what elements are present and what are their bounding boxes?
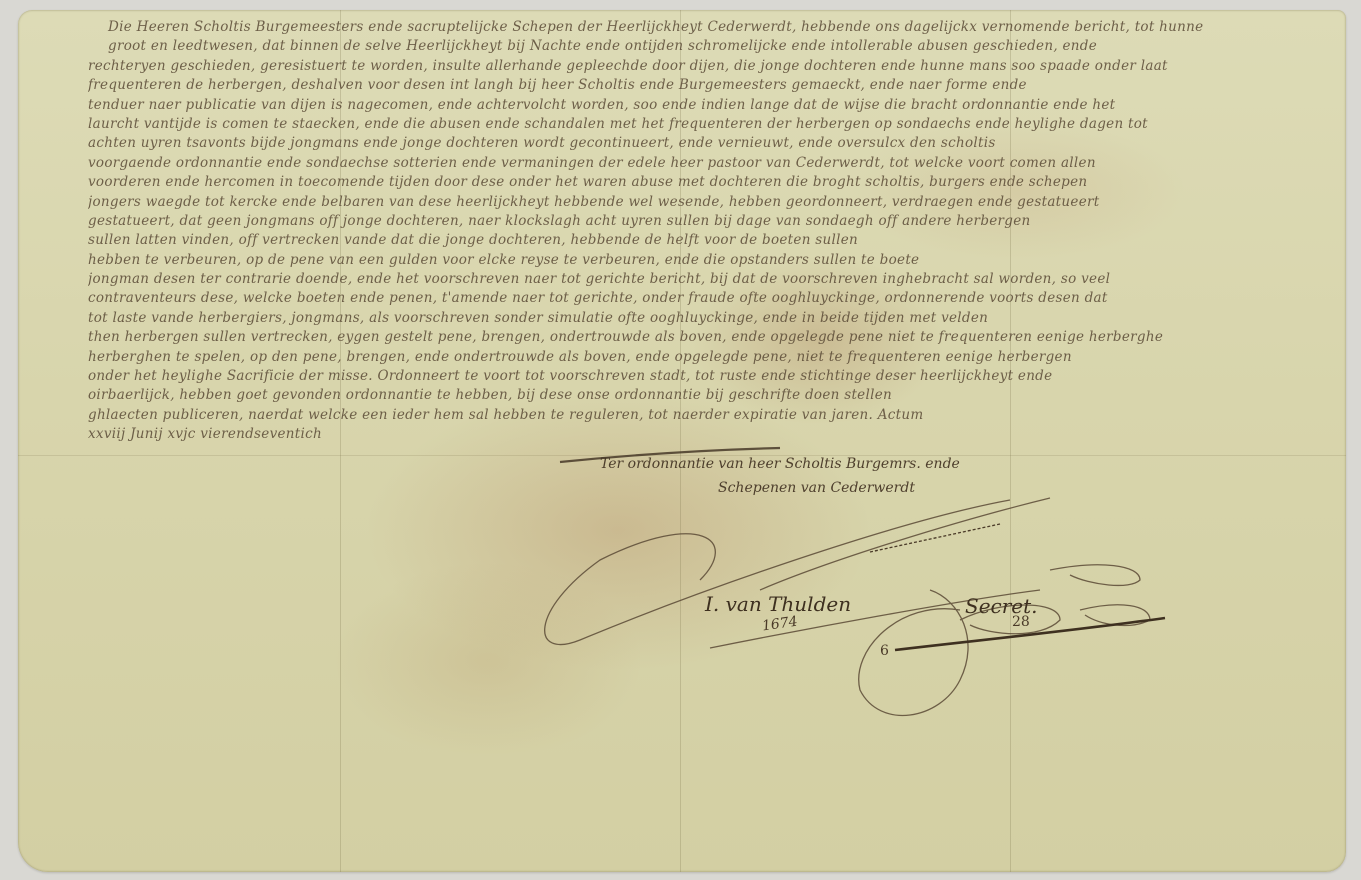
signature-day: 28 <box>1012 614 1030 630</box>
text-line: tenduer naer publicatie van dijen is nag… <box>88 96 1328 115</box>
date-line: xxviij Junij xvjc vierendseventich <box>88 425 508 444</box>
text-line: sullen latten vinden, off vertrecken van… <box>88 231 1328 250</box>
signature-name: I. van Thulden <box>705 592 851 616</box>
text-line: Die Heeren Scholtis Burgemeesters ende s… <box>88 18 1328 37</box>
text-line: jongers waegde tot kercke ende belbaren … <box>88 193 1328 212</box>
text-line: contraventeurs dese, welcke boeten ende … <box>88 289 1328 308</box>
signature-month: 6 <box>880 643 889 659</box>
text-line: ghlaecten publiceren, naerdat welcke een… <box>88 406 1328 425</box>
closing-line-2: Schepenen van Cederwerdt <box>718 480 915 496</box>
text-line: achten uyren tsavonts bijde jongmans end… <box>88 134 1328 153</box>
manuscript-body-text: Die Heeren Scholtis Burgemeesters ende s… <box>88 18 1328 445</box>
text-line: jongman desen ter contrarie doende, ende… <box>88 270 1328 289</box>
text-line: oirbaerlijck, hebben goet gevonden ordon… <box>88 386 1328 405</box>
text-line: laurcht vantijde is comen te staecken, e… <box>88 115 1328 134</box>
text-line: voorgaende ordonnantie ende sondaechse s… <box>88 154 1328 173</box>
text-line: hebben te verbeuren, op de pene van een … <box>88 251 1328 270</box>
text-line: then herbergen sullen vertrecken, eygen … <box>88 328 1328 347</box>
text-line: rechteryen geschieden, geresistuert te w… <box>88 57 1328 76</box>
manuscript-page: Die Heeren Scholtis Burgemeesters ende s… <box>18 10 1346 872</box>
closing-line-1: Ter ordonnantie van heer Scholtis Burgem… <box>600 456 960 472</box>
text-line: frequenteren de herbergen, deshalven voo… <box>88 76 1328 95</box>
text-line: groot en leedtwesen, dat binnen de selve… <box>88 37 1328 56</box>
text-line: voorderen ende hercomen in toecomende ti… <box>88 173 1328 192</box>
text-line: tot laste vande herbergiers, jongmans, a… <box>88 309 1328 328</box>
text-line: herberghen te spelen, op den pene, breng… <box>88 348 1328 367</box>
text-line: gestatueert, dat geen jongmans off jonge… <box>88 212 1328 231</box>
text-line: onder het heylighe Sacrificie der misse.… <box>88 367 1328 386</box>
